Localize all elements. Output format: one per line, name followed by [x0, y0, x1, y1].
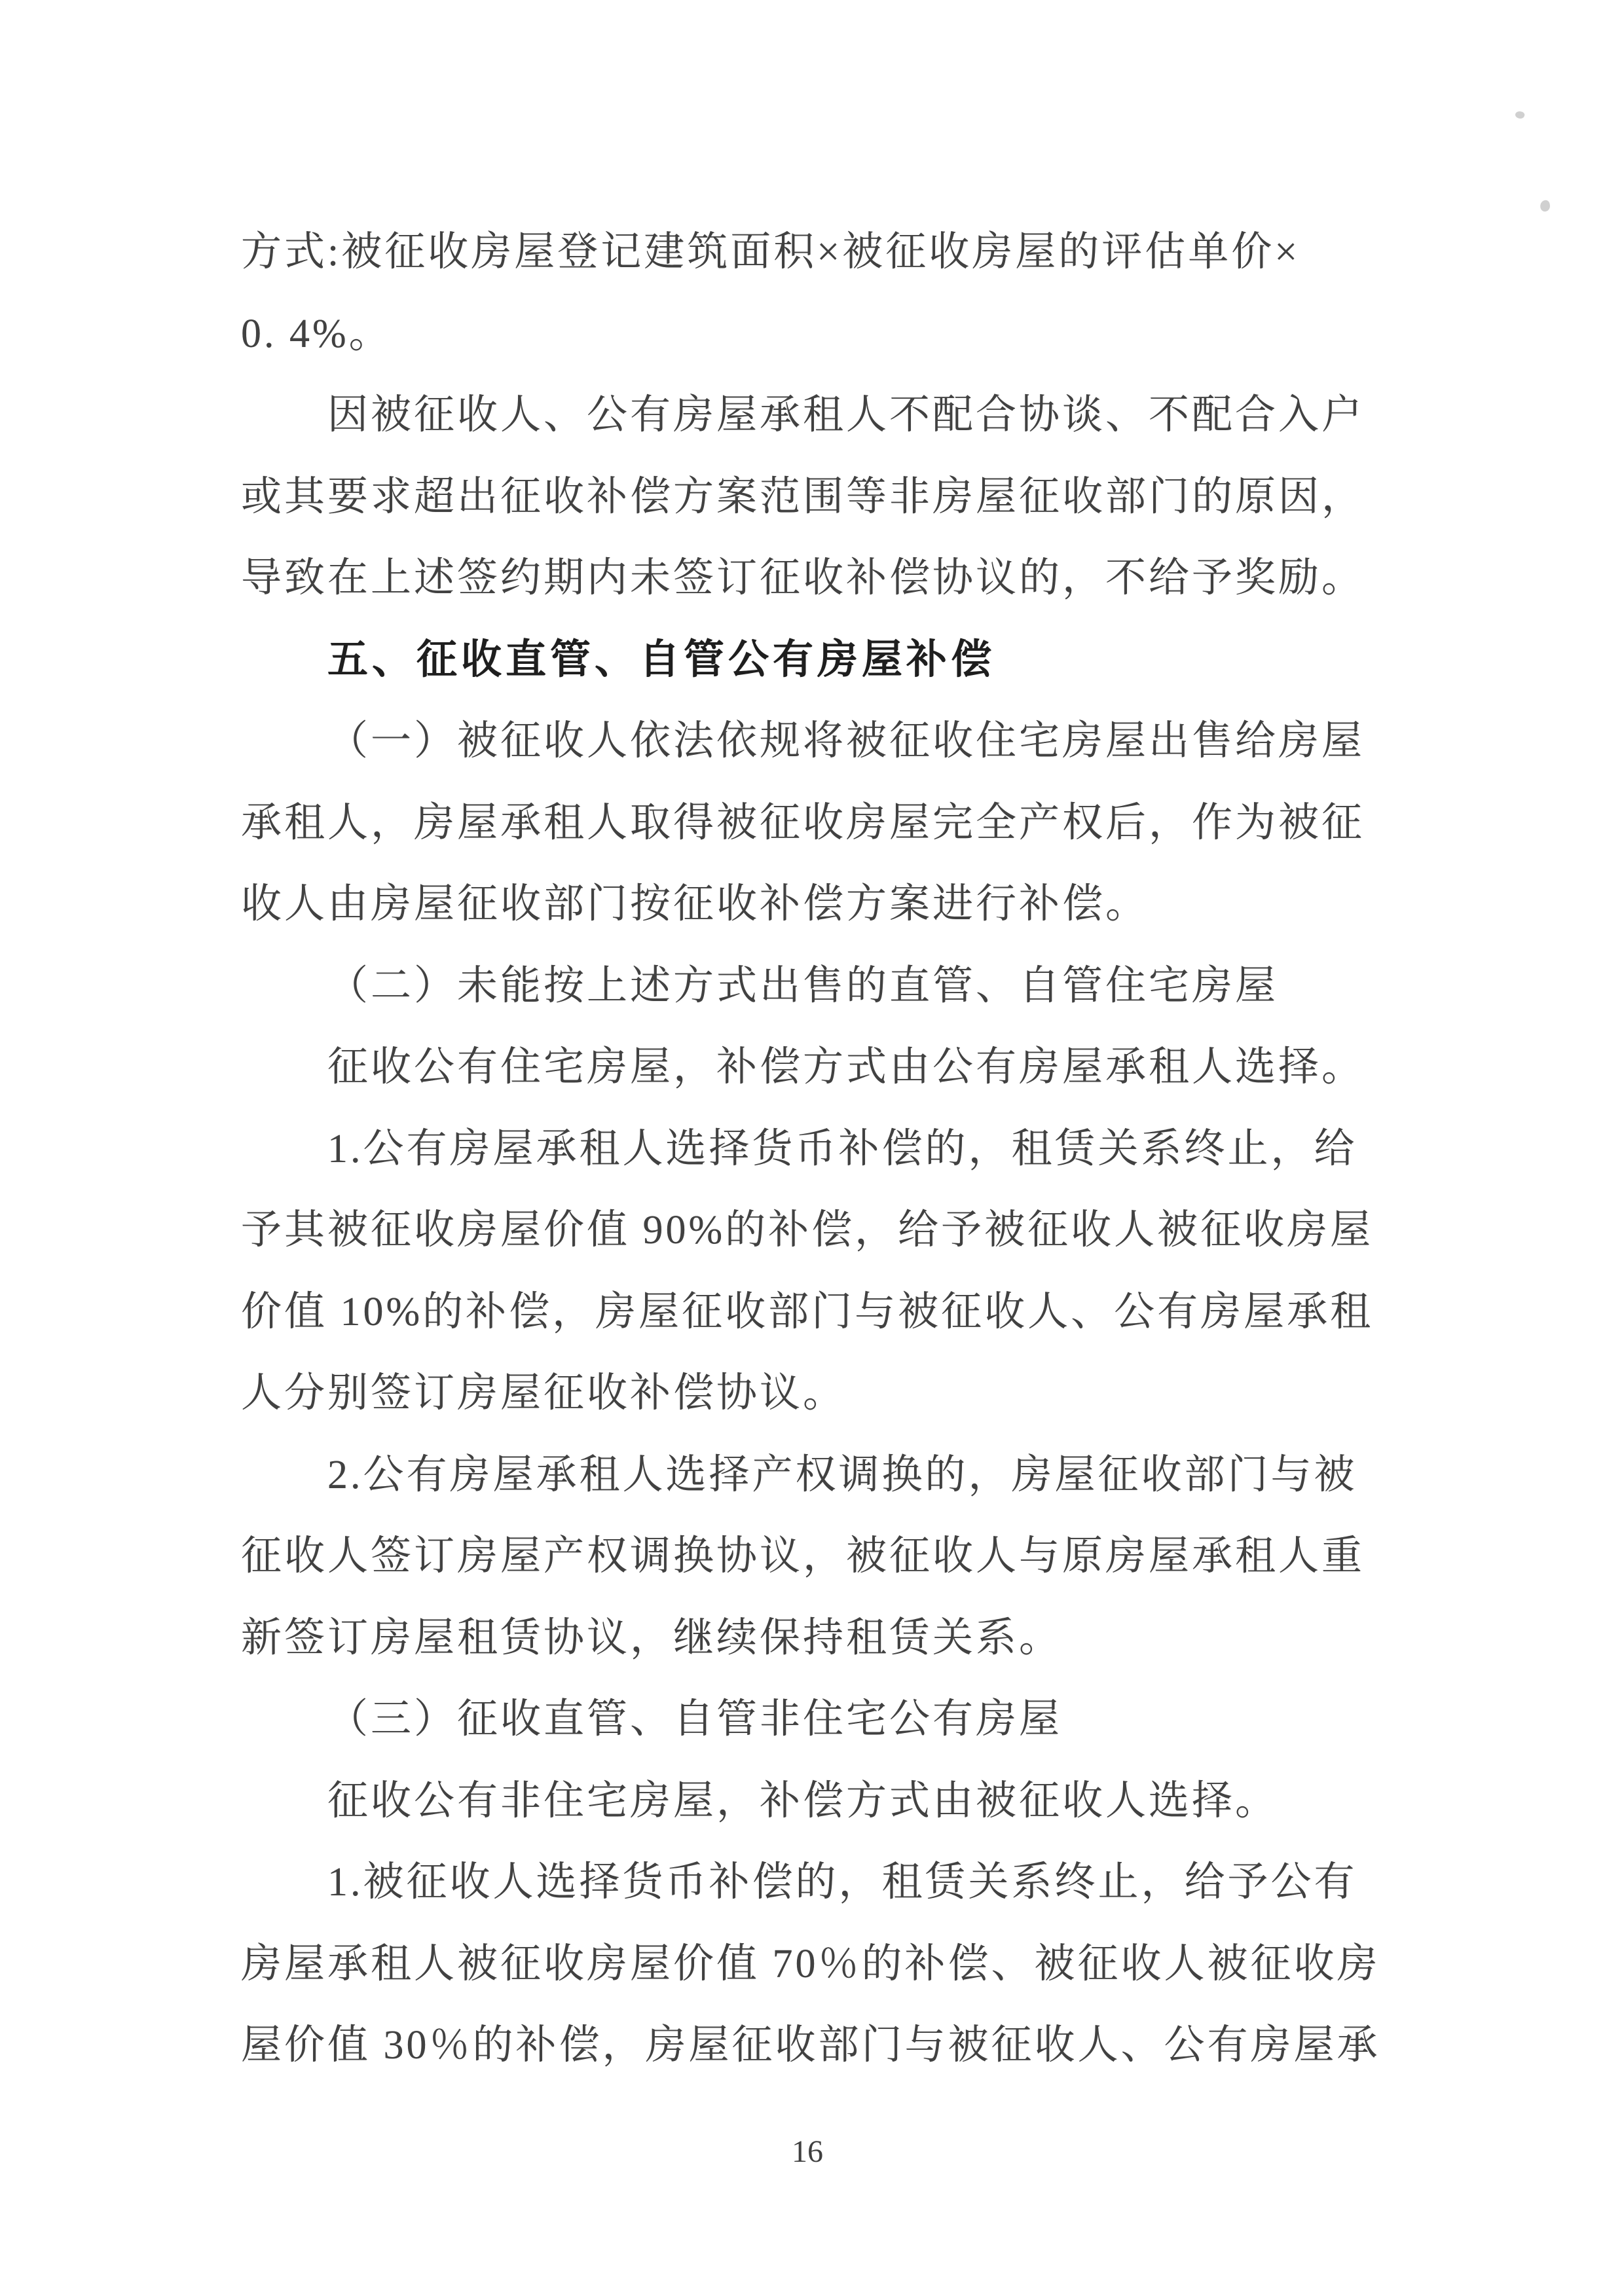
- text-line: 征收人签订房屋产权调换协议，被征收人与原房屋承租人重: [241, 1516, 1367, 1597]
- text-line: 新签订房屋租赁协议，继续保持租赁关系。: [241, 1597, 1367, 1679]
- text-line: 屋价值 30％的补偿，房屋征收部门与被征收人、公有房屋承: [241, 2005, 1367, 2086]
- text-line: （三）征收直管、自管非住宅公有房屋: [241, 1679, 1367, 1760]
- document-page: 方式:被征收房屋登记建筑面积×被征收房屋的评估单价× 0. 4%。 因被征收人、…: [0, 0, 1624, 2296]
- text-line: 方式:被征收房屋登记建筑面积×被征收房屋的评估单价×: [241, 211, 1367, 293]
- text-line: 导致在上述签约期内未签订征收补偿协议的，不给予奖励。: [241, 538, 1367, 619]
- text-line: 予其被征收房屋价值 90%的补偿，给予被征收人被征收房屋: [241, 1190, 1367, 1271]
- text-line: 征收公有非住宅房屋，补偿方式由被征收人选择。: [241, 1760, 1367, 1842]
- text-line: 2.公有房屋承租人选择产权调换的，房屋征收部门与被: [241, 1434, 1367, 1516]
- text-line: 因被征收人、公有房屋承租人不配合协谈、不配合入户: [241, 374, 1367, 456]
- text-line: 价值 10%的补偿，房屋征收部门与被征收人、公有房屋承租: [241, 1271, 1367, 1353]
- text-line: 承租人，房屋承租人取得被征收房屋完全产权后，作为被征: [241, 782, 1367, 864]
- page-number: 16: [0, 2133, 1615, 2171]
- text-line: 1.公有房屋承租人选择货币补偿的，租赁关系终止，给: [241, 1108, 1367, 1190]
- section-heading: 五、征收直管、自管公有房屋补偿: [241, 619, 1367, 701]
- text-line: 1.被征收人选择货币补偿的，租赁关系终止，给予公有: [241, 1842, 1367, 1923]
- scan-speck: [1539, 200, 1551, 213]
- text-line: 0. 4%。: [241, 293, 1367, 375]
- scan-speck: [1515, 110, 1526, 120]
- text-line: 征收公有住宅房屋，补偿方式由公有房屋承租人选择。: [241, 1027, 1367, 1108]
- text-line: 或其要求超出征收补偿方案范围等非房屋征收部门的原因，: [241, 456, 1367, 538]
- text-block: 方式:被征收房屋登记建筑面积×被征收房屋的评估单价× 0. 4%。 因被征收人、…: [241, 211, 1367, 2086]
- text-line: （一）被征收人依法依规将被征收住宅房屋出售给房屋: [241, 701, 1367, 782]
- text-line: 房屋承租人被征收房屋价值 70％的补偿、被征收人被征收房: [241, 1923, 1367, 2005]
- text-line: 人分别签订房屋征收补偿协议。: [241, 1353, 1367, 1434]
- text-line: 收人由房屋征收部门按征收补偿方案进行补偿。: [241, 864, 1367, 945]
- text-line: （二）未能按上述方式出售的直管、自管住宅房屋: [241, 945, 1367, 1027]
